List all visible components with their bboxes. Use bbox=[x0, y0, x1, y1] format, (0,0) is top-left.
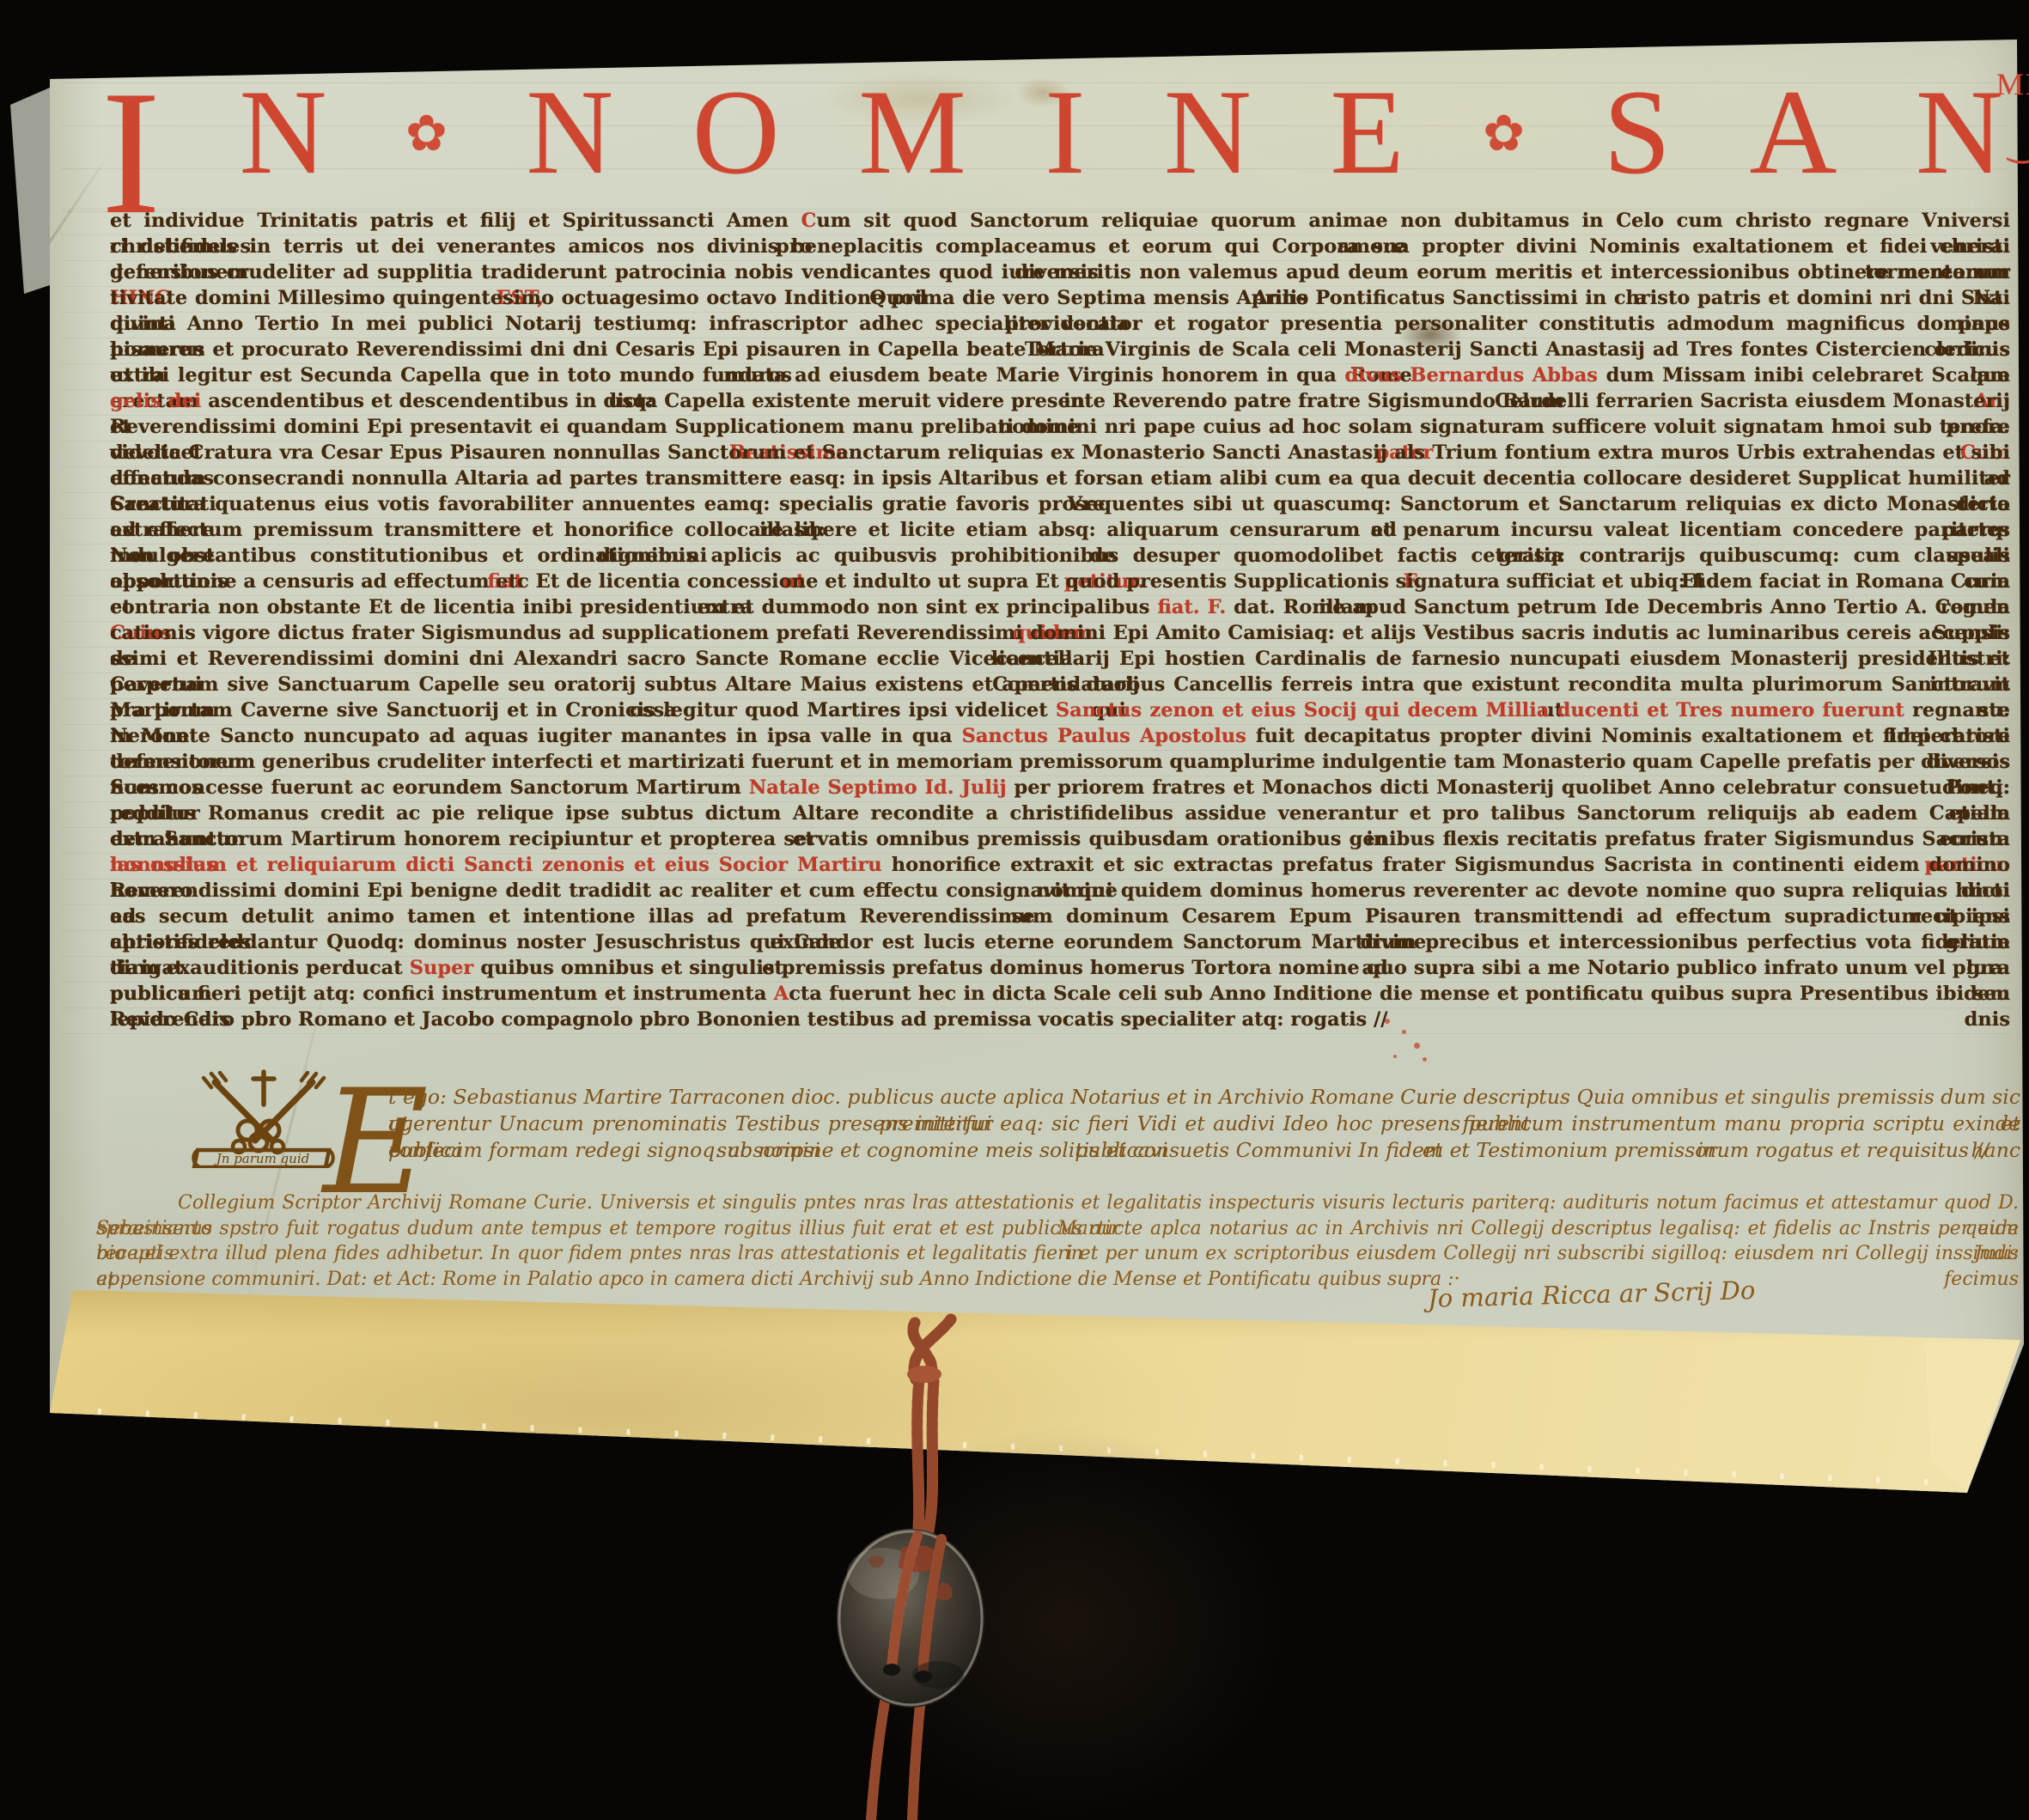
collegium-line: Collegium Scriptor Archivij Romane Curie… bbox=[96, 1190, 2019, 1216]
charter-body: et individue Trinitatis patris et filij … bbox=[110, 208, 2010, 1032]
notary-line: publicam formam redegi signoq: ac nomine… bbox=[388, 1137, 2020, 1164]
body-text: publica fieri petijt atq: confici instru… bbox=[110, 983, 774, 1005]
body-text: generibus crudeliter ad supplitia tradid… bbox=[110, 261, 2010, 283]
rubric-text: Super bbox=[410, 957, 474, 979]
rubric-text: gelis dei bbox=[110, 390, 201, 412]
body-text: fices concesse fuerunt ac eorundem Sanct… bbox=[110, 776, 749, 799]
charter-line: dem Sanctorum Martirum honorem recipiunt… bbox=[110, 826, 2010, 852]
charter-line: cationis vigore dictus frater Sigismundu… bbox=[110, 620, 2010, 646]
charter-line: Creatura quatenus eius votis favorabilit… bbox=[110, 491, 2010, 517]
charter-line: ut ibi legitur est Secunda Capella que i… bbox=[110, 362, 2010, 388]
rubric-text: Natale Septimo Id. Julij bbox=[749, 776, 1007, 799]
body-text: ut ibi legitur est Secunda Capella que i… bbox=[110, 364, 1344, 387]
rubric-text: Sanctus Paulus Apostolus bbox=[962, 725, 1246, 747]
body-text: dat. Rome apud Sanctum petrum Ide Decemb… bbox=[1226, 596, 2010, 618]
heading-letter: S bbox=[1604, 72, 1671, 193]
body-text: et individue Trinitatis patris et filij … bbox=[110, 210, 801, 232]
body-text: contraria non obstante Et de licentia in… bbox=[110, 596, 1157, 618]
notarial-sign-crossed-keys-icon: Jn parum quid bbox=[191, 1067, 337, 1168]
charter-line: pra portam Caverne sive Sanctuorij et in… bbox=[110, 697, 2010, 723]
collegium-line: spræinserto spstro fuit rogatus dudum an… bbox=[96, 1216, 2019, 1242]
heading-letter: E bbox=[1330, 72, 1404, 193]
charter-line: pisauren et procurato Reverendissimi dni… bbox=[110, 337, 2010, 362]
charter-line: ssimi et Reverendissimi domini dni Alexa… bbox=[110, 646, 2010, 672]
red-ink-speck bbox=[1423, 1057, 1427, 1062]
red-ink-speck bbox=[1414, 1043, 1420, 1049]
heading-letter: N bbox=[526, 72, 613, 193]
heading-superscript: ME bbox=[1996, 69, 2029, 100]
charter-line: gelis dei ascendentibus et descendentibu… bbox=[110, 388, 2010, 414]
collegium-line: bio uel extra illud plena fides adhibetu… bbox=[96, 1241, 2019, 1267]
heading-letter: I bbox=[1045, 72, 1085, 193]
charter-line: et individue Trinitatis patris et filij … bbox=[110, 208, 2010, 234]
charter-line: aptiores reddantur Quodq: dominus noster… bbox=[110, 929, 2010, 955]
rubric-text: divus Bernardus Abbas bbox=[1344, 364, 1598, 387]
heading-letter: A bbox=[1750, 72, 1837, 193]
charter-line: Non obstantibus constitutionibus et ordi… bbox=[110, 543, 2010, 569]
charter-line: absolutione a censuris ad effectum etc E… bbox=[110, 569, 2010, 594]
heading-letter: M bbox=[858, 72, 966, 193]
charter-line: in Monte Sancto nuncupato ad aquas iugit… bbox=[110, 723, 2010, 749]
charter-line: generibus crudeliter ad supplitia tradid… bbox=[110, 259, 2010, 285]
charter-heading: IN✿NOMINE✿SANME‿ bbox=[101, 72, 2003, 210]
body-text: lepido Caro pbro Romano et Jacobo compag… bbox=[110, 1008, 1387, 1031]
charter-line: tormentorum generibus crudeliter interfe… bbox=[110, 749, 2010, 775]
notary-attestation: t ego: Sebastianus Martire Tarraconen di… bbox=[388, 1084, 2020, 1164]
charter-line: eas secum detulit animo tamen et intenti… bbox=[110, 904, 2010, 929]
charter-line: contraria non obstante Et de licentia in… bbox=[110, 594, 2010, 620]
seal-disc bbox=[837, 1529, 984, 1707]
charter-line: devota Cratura vra Cesar Epus Pisauren n… bbox=[110, 440, 2010, 466]
body-text: tiam exauditionis perducat bbox=[110, 957, 410, 979]
charter-line: ri debemus in terris ut dei venerantes a… bbox=[110, 234, 2010, 259]
heading-flourish-icon: ✿ bbox=[1483, 108, 1525, 158]
rubric-text: Sanctus zenon et eius Socij qui decem Mi… bbox=[1056, 699, 1904, 721]
charter-line: las ossium et reliquiarum dicti Sancti z… bbox=[110, 852, 2010, 878]
notarial-motto: Jn parum quid bbox=[214, 1151, 309, 1166]
heading-squiggle-icon: ‿ bbox=[2008, 127, 2029, 161]
heading-letter: N bbox=[1164, 72, 1252, 193]
charter-line: tiam exauditionis perducat Super quibus … bbox=[110, 955, 2010, 981]
charter-line: ad effectum premissum transmittere et ho… bbox=[110, 517, 2010, 543]
charter-line: publica fieri petijt atq: confici instru… bbox=[110, 981, 2010, 1007]
cord-knot bbox=[907, 1366, 941, 1383]
heading-letter: N bbox=[240, 72, 327, 193]
charter-line: tivitate domini Millesimo quingentesimo … bbox=[110, 285, 2010, 311]
charter-line: quinti Anno Tertio In mei publici Notari… bbox=[110, 311, 2010, 337]
charter-line: fices concesse fuerunt ac eorundem Sanct… bbox=[110, 775, 2010, 800]
rubric-text: las ossium et reliquiarum dicti Sancti z… bbox=[110, 854, 882, 876]
heading-flourish-icon: ✿ bbox=[405, 108, 448, 158]
red-ink-speck bbox=[1393, 1055, 1397, 1058]
rubric-text: A bbox=[774, 983, 789, 1005]
heading-letter: O bbox=[692, 72, 780, 193]
charter-line: effectum consecrandi nonnulla Altaria ad… bbox=[110, 466, 2010, 491]
body-text: in Monte Sancto nuncupato ad aquas iugit… bbox=[110, 725, 962, 747]
notary-line: agerentur Unacum prenominatis Testibus p… bbox=[388, 1111, 2020, 1137]
body-text: dem Sanctorum Martirum honorem recipiunt… bbox=[110, 828, 2010, 850]
charter-line: Reverendissimi domini Epi presentavit ei… bbox=[110, 414, 2010, 440]
pendant-seal-assembly bbox=[739, 1306, 1134, 1820]
rubric-text: C bbox=[801, 210, 817, 232]
charter-line: Cavernam sive Sanctuarum Capelle seu ora… bbox=[110, 672, 2010, 697]
body-text: pra portam Caverne sive Sanctuorij et in… bbox=[110, 699, 1056, 721]
notary-line: t ego: Sebastianus Martire Tarraconen di… bbox=[388, 1084, 2020, 1111]
charter-line: populus Romanus credit ac pie relique ip… bbox=[110, 800, 2010, 826]
charter-line: Reverendissimi domini Epi benigne dedit … bbox=[110, 878, 2010, 904]
heading-letter: NME‿ bbox=[1916, 72, 2003, 193]
rubric-text: fiat. F. bbox=[1157, 596, 1226, 618]
manuscript-photo: IN✿NOMINE✿SANME‿ et individue Trinitatis… bbox=[0, 0, 2029, 1820]
